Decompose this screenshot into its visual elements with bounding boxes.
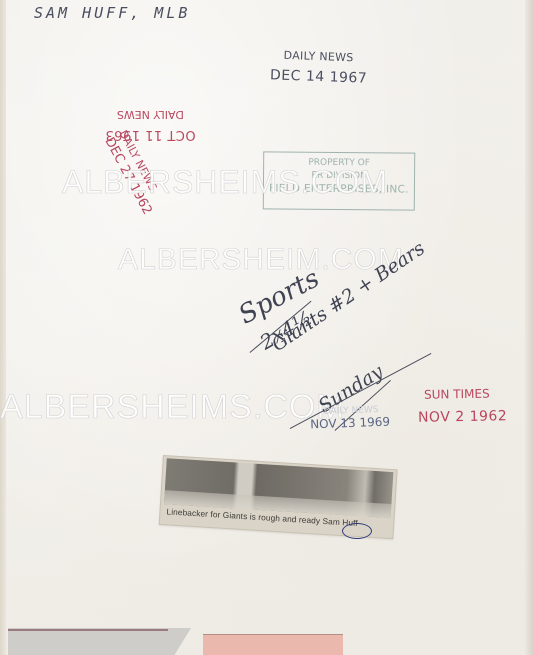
- tape-residue-line: [8, 629, 168, 631]
- sun-times-stamp: SUN TIMES NOV 2 1962: [418, 387, 507, 425]
- paper-edge-left: [0, 0, 6, 655]
- daily-news-stamp-1967: DAILY NEWS DEC 14 1967: [270, 50, 367, 85]
- paper-edge-right: [525, 0, 533, 655]
- daily-news-stamp-1969: DAILY NEWS NOV 13 1969: [310, 405, 391, 432]
- watermark: ALBERSHEIM.COM: [118, 243, 404, 277]
- tape-residue-line: [203, 634, 343, 635]
- stamp-source: DAILY NEWS: [105, 108, 196, 121]
- watermark: ALBERSHEIMS.COM: [0, 388, 346, 427]
- stamp-date: NOV 2 1962: [418, 408, 508, 426]
- stamp-date: DEC 14 1967: [270, 67, 368, 86]
- stamp-source: SUN TIMES: [424, 386, 507, 401]
- handwritten-header: SAM HUFF, MLB: [34, 4, 190, 22]
- ink-circle-mark: [342, 523, 372, 539]
- watermark: ALBERSHEIMS.COM: [62, 164, 388, 201]
- tape-residue-pink: [203, 634, 343, 655]
- tape-residue-gray: [8, 628, 193, 655]
- stamp-source: DAILY NEWS: [270, 48, 368, 64]
- stamp-date: NOV 13 1969: [310, 415, 390, 432]
